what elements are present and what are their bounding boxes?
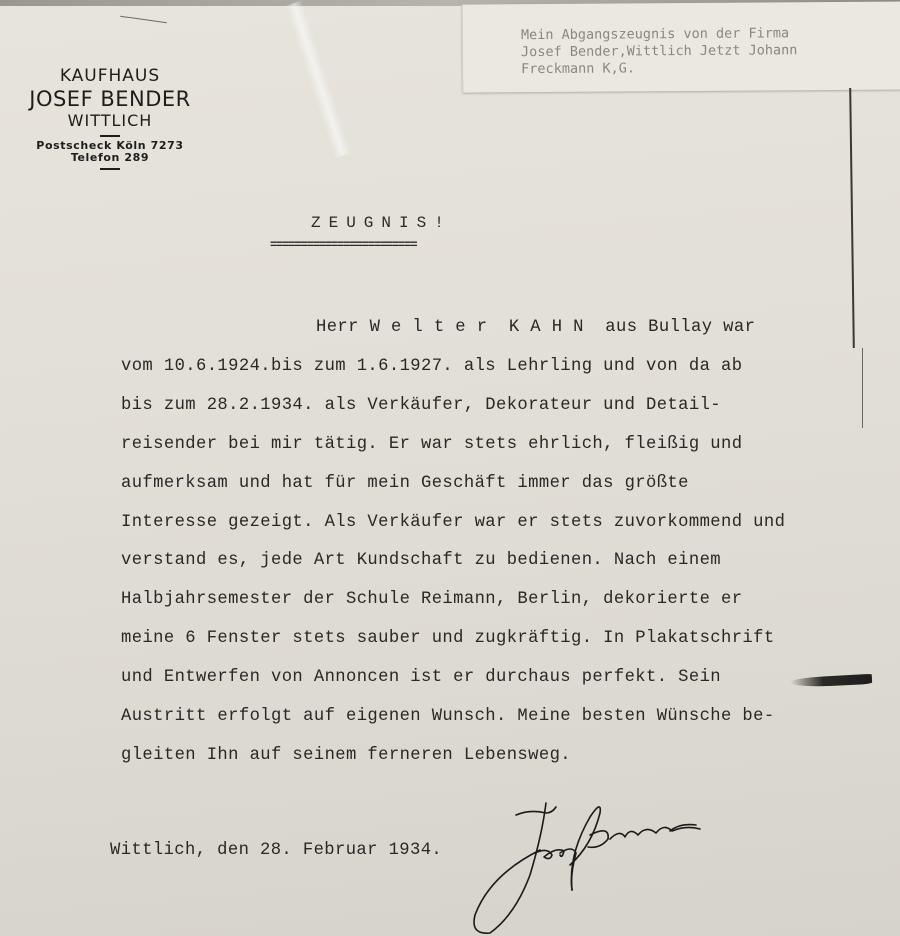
body-line: meine 6 Fenster stets sauber und zugkräf… bbox=[121, 620, 881, 659]
paper-fold bbox=[285, 0, 352, 158]
body-line: Herr W e l t e r K A H N aus Bullay war bbox=[121, 309, 881, 348]
closing-date-line: Wittlich, den 28. Februar 1934. bbox=[110, 841, 442, 860]
body-line: Halbjahrsemester der Schule Reimann, Ber… bbox=[121, 581, 881, 620]
document-title: ZEUGNIS! bbox=[311, 214, 452, 232]
document-body: Herr W e l t e r K A H N aus Bullay war … bbox=[121, 309, 881, 776]
handwritten-signature bbox=[460, 795, 800, 935]
body-line: und Entwerfen von Annoncen ist er durcha… bbox=[121, 659, 881, 698]
letterhead-kaufhaus: KAUFHAUS bbox=[0, 66, 220, 87]
body-line: vom 10.6.1924.bis zum 1.6.1927. als Lehr… bbox=[121, 348, 881, 387]
attached-note-strip: Mein Abgangszeugnis von der Firma Josef … bbox=[462, 1, 900, 92]
title-underline: ======================== bbox=[270, 238, 416, 252]
letterhead-city: WITTLICH bbox=[0, 111, 220, 131]
body-line: gleiten Ihn auf seinem ferneren Lebenswe… bbox=[121, 737, 881, 776]
letterhead-rule-bottom bbox=[100, 168, 120, 170]
letterhead-company-name: JOSEF BENDER bbox=[0, 87, 220, 111]
body-line: Austritt erfolgt auf eigenen Wunsch. Mei… bbox=[121, 698, 881, 737]
body-line: Interesse gezeigt. Als Verkäufer war er … bbox=[121, 504, 881, 543]
body-line: verstand es, jede Art Kundschaft zu bedi… bbox=[121, 542, 881, 581]
body-line: aufmerksam und hat für mein Geschäft imm… bbox=[121, 465, 881, 504]
note-text: Mein Abgangszeugnis von der Firma Josef … bbox=[521, 25, 798, 78]
letterhead: KAUFHAUS JOSEF BENDER WITTLICH Postschec… bbox=[0, 66, 220, 173]
body-line: bis zum 28.2.1934. als Verkäufer, Dekora… bbox=[121, 387, 881, 426]
letterhead-rule bbox=[100, 135, 120, 137]
pencil-mark bbox=[120, 16, 167, 24]
body-line: reisender bei mir tätig. Er war stets eh… bbox=[121, 426, 881, 465]
letterhead-telefon: Telefon 289 bbox=[0, 152, 220, 164]
